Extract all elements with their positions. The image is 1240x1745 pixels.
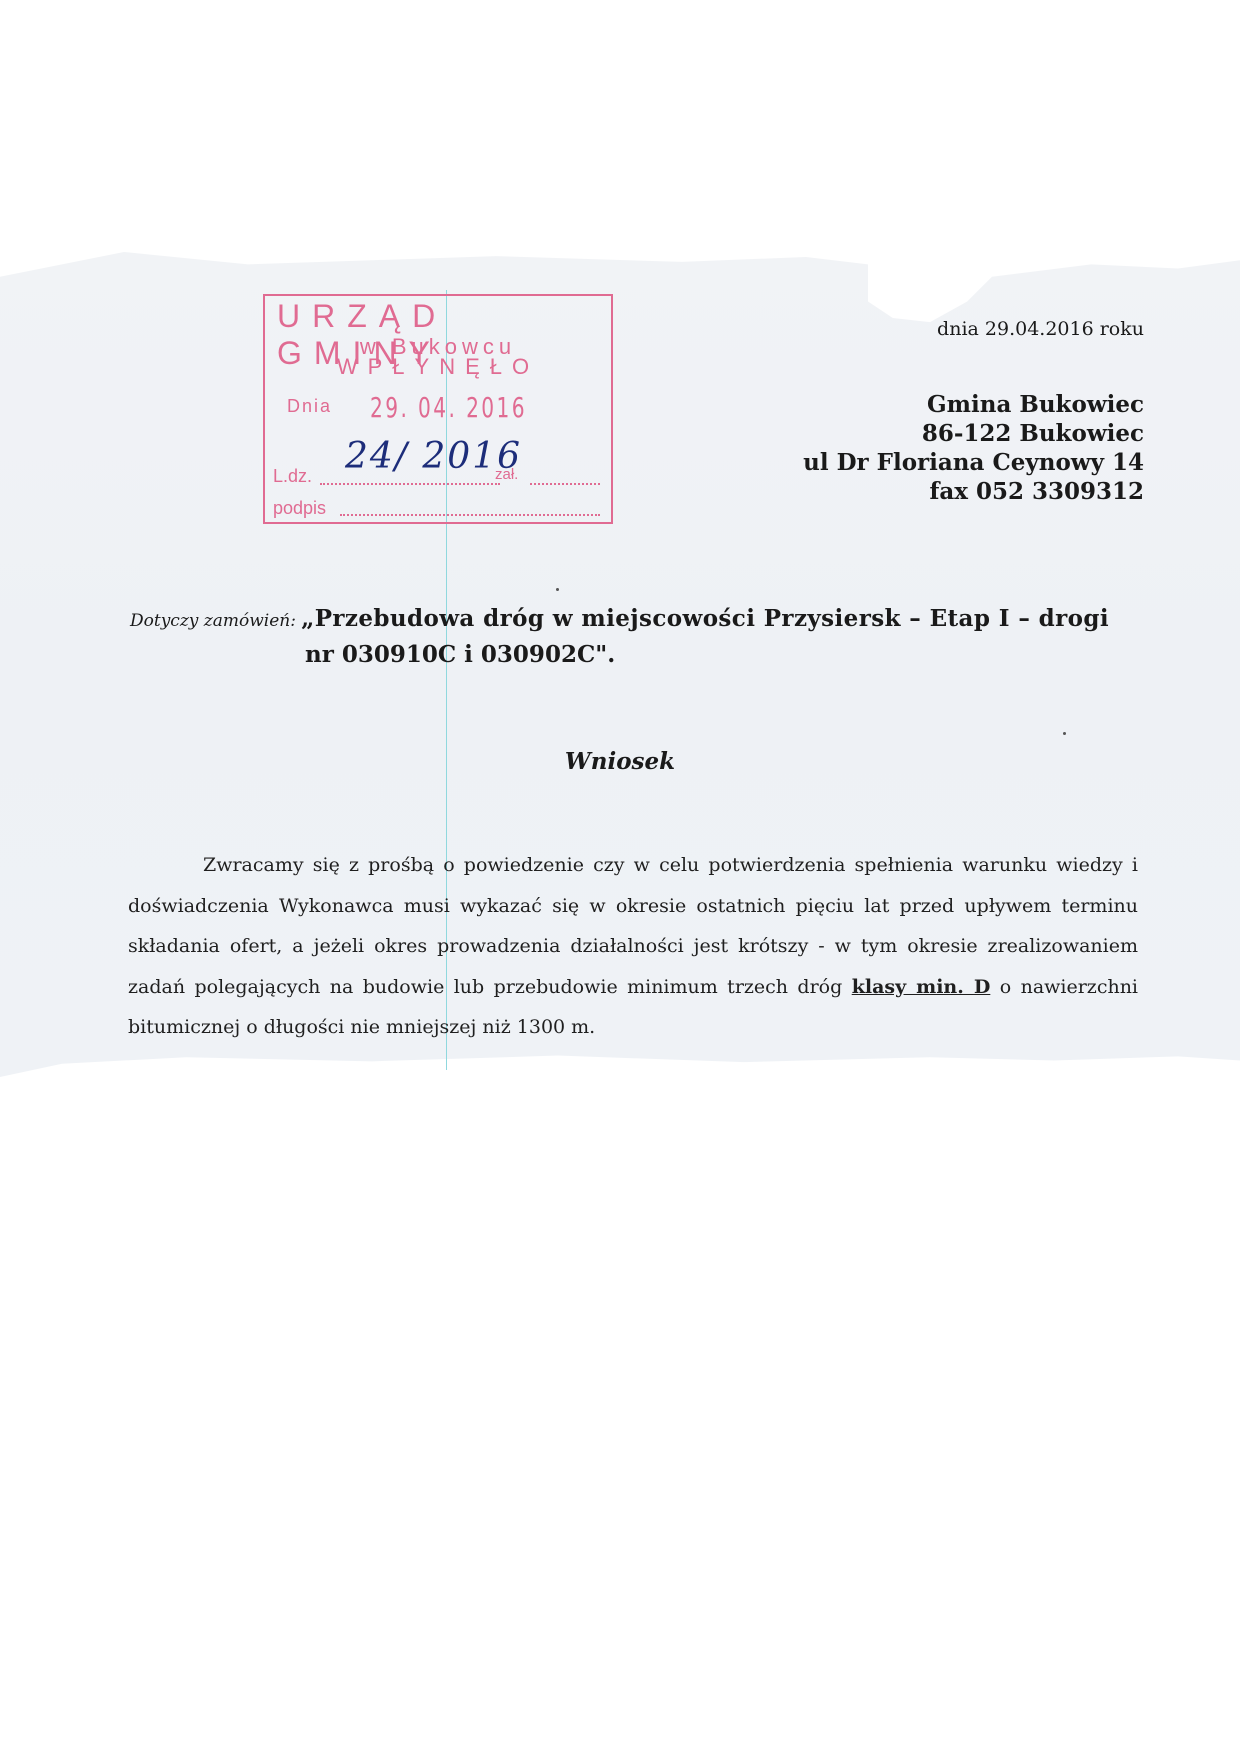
subject-line-1: „Przebudowa dróg w miejscowości Przysier… xyxy=(301,605,1109,632)
scan-speck xyxy=(1063,732,1066,735)
recipient-postal: 86-122 Bukowiec xyxy=(803,419,1144,448)
recipient-address: Gmina Bukowiec 86-122 Bukowiec ul Dr Flo… xyxy=(803,390,1144,506)
stamp-zal-dotted-line xyxy=(530,483,600,485)
stamp-date-value: 29. 04. 2016 xyxy=(370,391,527,424)
document-heading: Wniosek xyxy=(0,748,1240,775)
stamp-ldz-dotted-line xyxy=(320,483,500,485)
subject-label: Dotyczy zamówień: xyxy=(130,611,296,631)
recipient-street: ul Dr Floriana Ceynowy 14 xyxy=(803,448,1144,477)
scan-speck xyxy=(556,588,559,591)
stamp-podpis-dotted-line xyxy=(340,514,600,516)
recipient-name: Gmina Bukowiec xyxy=(803,390,1144,419)
received-stamp: URZĄD GMINY w Bukowcu WPŁYNĘŁO Dnia 29. … xyxy=(263,294,613,524)
handwritten-ldz-number: 24/ 2016 xyxy=(345,436,522,477)
body-text-underlined: klasy min. D xyxy=(852,976,991,998)
stamp-received: WPŁYNĘŁO xyxy=(265,354,611,380)
subject-block: Dotyczy zamówień: „Przebudowa dróg w mie… xyxy=(130,605,1140,632)
stamp-date-label: Dnia xyxy=(287,396,332,417)
recipient-fax: fax 052 3309312 xyxy=(803,477,1144,506)
stamp-ldz-label: L.dz. xyxy=(273,466,312,487)
stamp-podpis-label: podpis xyxy=(273,498,326,519)
body-paragraph: Zwracamy się z prośbą o powiedzenie czy … xyxy=(128,845,1138,1048)
letter-date: dnia 29.04.2016 roku xyxy=(937,318,1144,340)
subject-line-2: nr 030910C i 030902C". xyxy=(305,641,615,668)
